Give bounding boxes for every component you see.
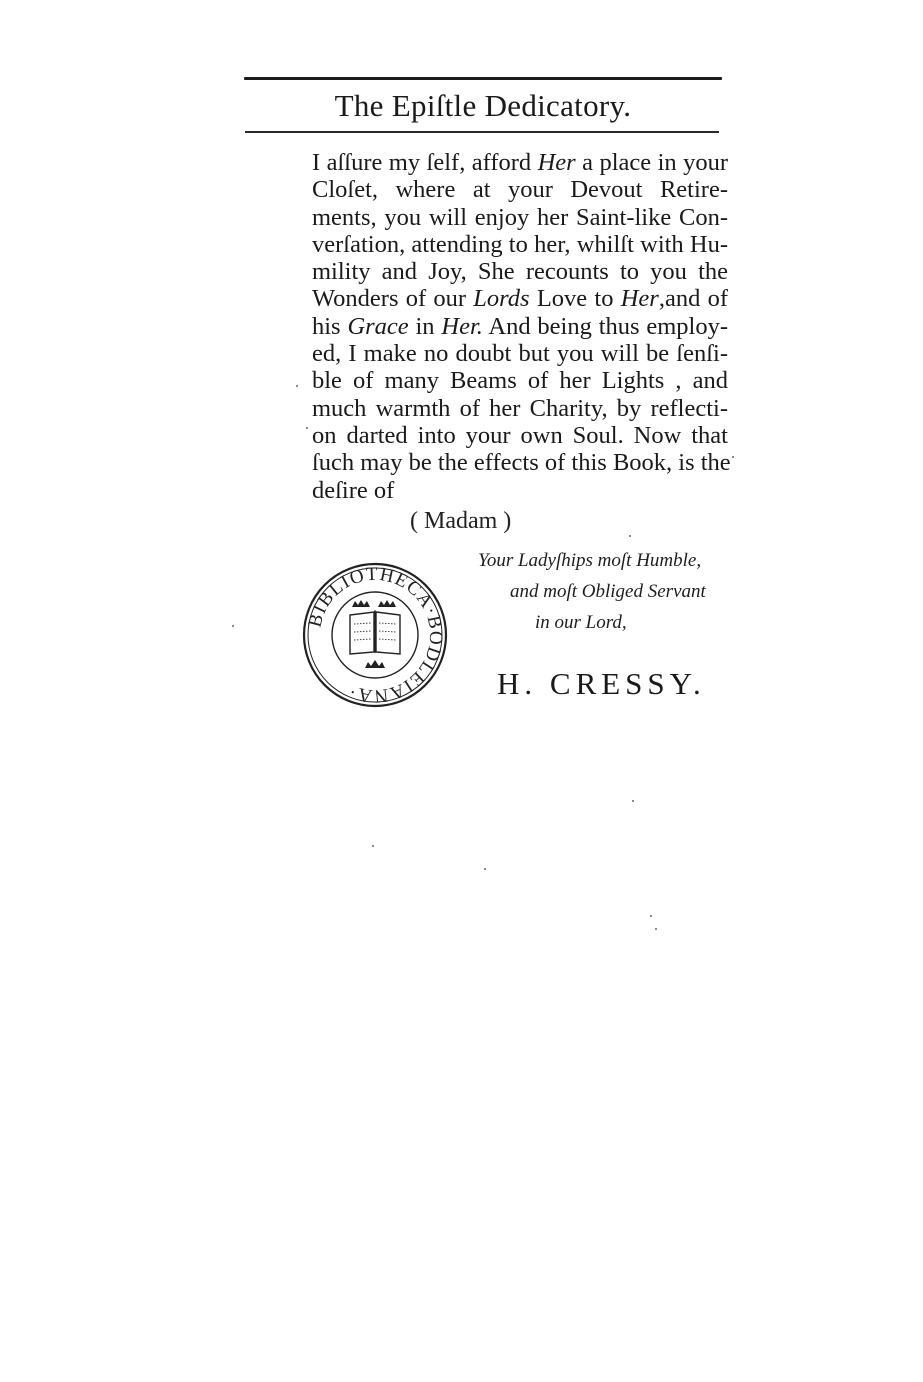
header-rule-top — [244, 77, 722, 80]
body-paragraph: I aſſure my ſelf, afford Her a place in … — [312, 149, 728, 504]
body-line: verſation, attending to her, whilſt with… — [312, 231, 728, 258]
text-run: verſation, attending to her, whilſt with… — [312, 231, 728, 258]
body-line: mility and Joy, She recounts to you the — [312, 258, 728, 285]
header-rule-bottom — [245, 131, 719, 133]
closing-line-2: and moſt Obliged Servant — [510, 578, 706, 606]
italic-emphasis: Her — [538, 149, 576, 176]
text-run: Cloſet, where at your Devout Retire- — [312, 176, 728, 203]
body-line: Wonders of our Lords Love to Her,and of — [312, 285, 728, 312]
text-run: his — [312, 313, 347, 340]
print-speck — [484, 868, 486, 870]
text-run: a place in your — [576, 149, 728, 176]
body-line: ble of many Beams of her Lights , and — [312, 367, 728, 394]
print-speck — [655, 928, 657, 930]
body-line: ed, I make no doubt but you will be ſenſ… — [312, 340, 728, 367]
bodleian-library-stamp-icon: BIBLIOTHECA·BODLEIANA· — [300, 560, 450, 710]
text-run: ſuch may be the effects of this Book, is… — [312, 449, 731, 476]
print-speck — [296, 385, 298, 387]
body-line: on darted into your own Soul. Now that — [312, 422, 728, 449]
signature: H. CRESSY. — [497, 664, 706, 704]
print-speck — [650, 915, 652, 917]
print-speck — [629, 535, 631, 537]
print-speck — [232, 625, 234, 627]
body-line: much warmth of her Charity, by reflecti- — [312, 395, 728, 422]
italic-emphasis: Grace — [347, 313, 408, 340]
text-run: in — [409, 313, 442, 340]
text-run: on darted into your own Soul. Now that — [312, 422, 728, 449]
text-run: Love to — [530, 285, 621, 312]
text-run: ments, you will enjoy her Saint-like Con… — [312, 204, 728, 231]
body-line: Cloſet, where at your Devout Retire- — [312, 176, 728, 203]
running-head: The Epiſtle Dedicatory. — [244, 84, 722, 128]
text-run: ble of many Beams of her Lights , and — [312, 367, 728, 394]
italic-emphasis: Her — [621, 285, 659, 312]
body-line: I aſſure my ſelf, afford Her a place in … — [312, 149, 728, 176]
italic-emphasis: Lords — [473, 285, 529, 312]
italic-emphasis: Her. — [441, 313, 483, 340]
body-line: his Grace in Her. And being thus employ- — [312, 313, 728, 340]
body-line: deſire of — [312, 477, 728, 504]
closing-line-1: Your Ladyſhips moſt Humble, — [478, 547, 701, 575]
text-run: much warmth of her Charity, by reflecti- — [312, 395, 728, 422]
print-speck — [732, 456, 734, 458]
text-run: ed, I make no doubt but you will be ſenſ… — [312, 340, 728, 367]
body-line: ments, you will enjoy her Saint-like Con… — [312, 204, 728, 231]
text-run: deſire of — [312, 477, 394, 504]
text-run: Wonders of our — [312, 285, 473, 312]
text-run: I aſſure my ſelf, afford — [312, 149, 538, 176]
salutation: ( Madam ) — [410, 506, 511, 536]
print-speck — [632, 800, 634, 802]
text-run: And being thus employ- — [483, 313, 728, 340]
document-page: The Epiſtle Dedicatory. I aſſure my ſelf… — [0, 0, 923, 1382]
print-speck — [372, 845, 374, 847]
text-run: mility and Joy, She recounts to you the — [312, 258, 728, 285]
text-run: ,and of — [659, 285, 728, 312]
body-line: ſuch may be the effects of this Book, is… — [312, 449, 728, 476]
closing-line-3: in our Lord, — [535, 609, 627, 637]
print-speck — [306, 427, 308, 429]
